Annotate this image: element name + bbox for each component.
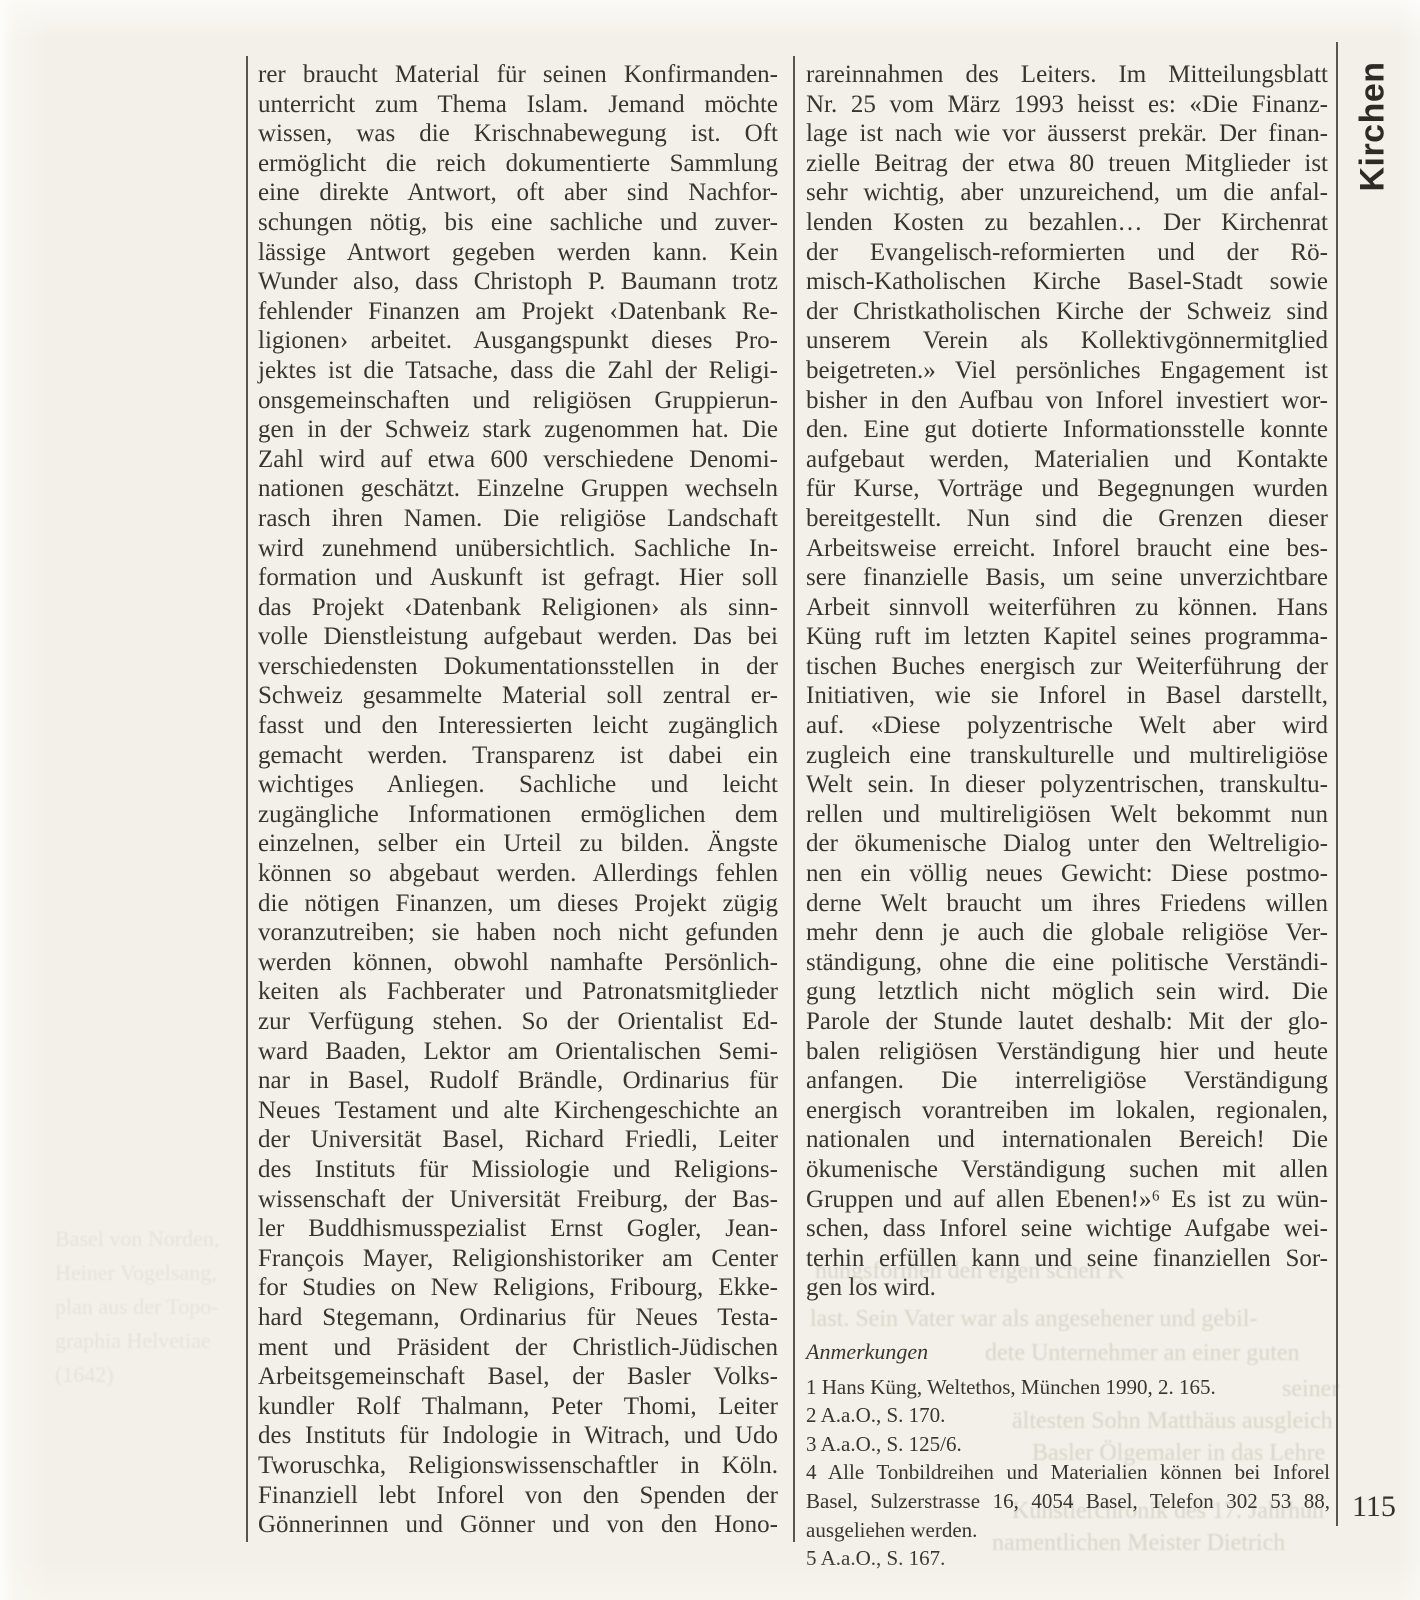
- right-text-column: rareinnahmen des Leiters. Im Mitteilungs…: [806, 60, 1328, 1303]
- text-line: schen, dass Inforel seine wichtige Aufga…: [806, 1214, 1328, 1244]
- text-line: kundler Rolf Thalmann, Peter Thomi, Leit…: [258, 1392, 778, 1422]
- text-line: tischen Buches energisch zur Weiterführu…: [806, 652, 1328, 682]
- text-line: gen los wird.: [806, 1273, 1328, 1303]
- page-number: 115: [1352, 1490, 1396, 1524]
- left-text-column: rer braucht Material für seinen Konfirma…: [258, 60, 778, 1540]
- text-line: können so abgebaut werden. Allerdings fe…: [258, 859, 778, 889]
- right-margin-rule: [1336, 42, 1338, 1526]
- text-line: fehlender Finanzen am Projekt ‹Datenbank…: [258, 297, 778, 327]
- text-line: schungen nötig, bis eine sachliche und z…: [258, 208, 778, 238]
- text-line: Küng ruft im letzten Kapitel seines prog…: [806, 622, 1328, 652]
- text-line: der Universität Basel, Richard Friedli, …: [258, 1125, 778, 1155]
- text-line: lässige Antwort gegeben werden kann. Kei…: [258, 238, 778, 268]
- text-line: rasch ihren Namen. Die religiöse Landsch…: [258, 504, 778, 534]
- text-line: des Instituts für Indologie in Witrach, …: [258, 1421, 778, 1451]
- text-line: 5 A.a.O., S. 167.: [806, 1544, 1330, 1573]
- text-line: derne Welt braucht um ihres Friedens wil…: [806, 889, 1328, 919]
- text-line: unterricht zum Thema Islam. Jemand möcht…: [258, 90, 778, 120]
- text-line: voranzutreiben; sie haben noch nicht gef…: [258, 918, 778, 948]
- text-line: Welt sein. In dieser polyzentrischen, tr…: [806, 770, 1328, 800]
- text-line: der Evangelisch-reformierten und der Rö-: [806, 238, 1328, 268]
- text-line: unserem Verein als Kollektivgönnermitgli…: [806, 326, 1328, 356]
- text-line: zur Verfügung stehen. So der Orientalist…: [258, 1007, 778, 1037]
- bleed-through-text: Basel von Norden,: [55, 1226, 219, 1252]
- text-line: den. Eine gut dotierte Informationsstell…: [806, 415, 1328, 445]
- text-line: auf. «Diese polyzentrische Welt aber wir…: [806, 711, 1328, 741]
- text-line: beigetreten.» Viel persönliches Engageme…: [806, 356, 1328, 386]
- text-line: ligionen› arbeitet. Ausgangspunkt dieses…: [258, 326, 778, 356]
- text-line: lage ist nach wie vor äusserst prekär. D…: [806, 119, 1328, 149]
- text-line: zielle Beitrag der etwa 80 treuen Mitgli…: [806, 149, 1328, 179]
- text-line: rer braucht Material für seinen Konfirma…: [258, 60, 778, 90]
- text-line: Wunder also, dass Christoph P. Baumann t…: [258, 267, 778, 297]
- text-line: nationen geschätzt. Einzelne Gruppen wec…: [258, 474, 778, 504]
- text-line: 3 A.a.O., S. 125/6.: [806, 1430, 1330, 1459]
- text-line: energisch vorantreiben im lokalen, regio…: [806, 1096, 1328, 1126]
- text-line: sere finanzielle Basis, um seine unverzi…: [806, 563, 1328, 593]
- text-line: ermöglicht die reich dokumentierte Samml…: [258, 149, 778, 179]
- text-line: ausgeliehen werden.: [806, 1516, 1330, 1545]
- text-line: Finanziell lebt Inforel von den Spenden …: [258, 1481, 778, 1511]
- text-line: ment und Präsident der Christlich-Jüdisc…: [258, 1333, 778, 1363]
- text-line: hard Stegemann, Ordinarius für Neues Tes…: [258, 1303, 778, 1333]
- text-line: Zahl wird auf etwa 600 verschiedene Deno…: [258, 445, 778, 475]
- text-line: Arbeitsgemeinschaft Basel, der Basler Vo…: [258, 1362, 778, 1392]
- text-line: Arbeit sinnvoll weiterführen zu können. …: [806, 593, 1328, 623]
- text-line: das Projekt ‹Datenbank Religionen› als s…: [258, 593, 778, 623]
- text-line: 2 A.a.O., S. 170.: [806, 1401, 1330, 1430]
- text-line: zugleich eine transkulturelle und multir…: [806, 741, 1328, 771]
- text-line: einzelnen, selber ein Urteil zu bilden. …: [258, 829, 778, 859]
- left-column-rule: [246, 56, 248, 1542]
- text-line: des Instituts für Missiologie und Religi…: [258, 1155, 778, 1185]
- text-line: aufgebaut werden, Materialien und Kontak…: [806, 445, 1328, 475]
- text-line: ökumenische Verständigung suchen mit all…: [806, 1155, 1328, 1185]
- text-line: terhin erfüllen kann und seine finanziel…: [806, 1244, 1328, 1274]
- text-line: die nötigen Finanzen, um dieses Projekt …: [258, 889, 778, 919]
- text-line: 4 Alle Tonbildreihen und Materialien kön…: [806, 1458, 1330, 1487]
- text-line: der Christkatholischen Kirche der Schwei…: [806, 297, 1328, 327]
- text-line: lenden Kosten zu bezahlen… Der Kirchenra…: [806, 208, 1328, 238]
- text-line: Parole der Stunde lautet deshalb: Mit de…: [806, 1007, 1328, 1037]
- text-line: rareinnahmen des Leiters. Im Mitteilungs…: [806, 60, 1328, 90]
- text-line: gung letztlich nicht möglich sein wird. …: [806, 977, 1328, 1007]
- scanned-page: Basel von Norden,Heiner Vogelsang,plan a…: [0, 0, 1420, 1600]
- text-line: Tworuschka, Religionswissenschaftler in …: [258, 1451, 778, 1481]
- text-line: jektes ist die Tatsache, dass die Zahl d…: [258, 356, 778, 386]
- bleed-through-text: Heiner Vogelsang,: [55, 1260, 217, 1286]
- text-line: 1 Hans Küng, Weltethos, München 1990, 2.…: [806, 1373, 1330, 1402]
- text-line: verschiedensten Dokumentationsstellen in…: [258, 652, 778, 682]
- footnotes-list: 1 Hans Küng, Weltethos, München 1990, 2.…: [806, 1373, 1330, 1573]
- text-line: bisher in den Aufbau von Inforel investi…: [806, 386, 1328, 416]
- text-line: ward Baaden, Lektor am Orientalischen Se…: [258, 1037, 778, 1067]
- text-line: Nr. 25 vom März 1993 heisst es: «Die Fin…: [806, 90, 1328, 120]
- text-line: Schweiz gesammelte Material soll zentral…: [258, 681, 778, 711]
- bleed-through-text: (1642): [55, 1362, 114, 1388]
- text-line: gemacht werden. Transparenz ist dabei ei…: [258, 741, 778, 771]
- text-line: ständigung, ohne die eine politische Ver…: [806, 948, 1328, 978]
- text-line: fasst und den Interessierten leicht zugä…: [258, 711, 778, 741]
- text-line: wird zunehmend unübersichtlich. Sachlich…: [258, 534, 778, 564]
- text-line: balen religiösen Verständigung hier und …: [806, 1037, 1328, 1067]
- text-line: nen ein völlig neues Gewicht: Diese post…: [806, 859, 1328, 889]
- bleed-through-text: graphia Helvetiae: [55, 1328, 211, 1354]
- text-line: der ökumenische Dialog unter den Weltrel…: [806, 829, 1328, 859]
- text-line: zugängliche Informationen ermöglichen de…: [258, 800, 778, 830]
- text-line: Gruppen und auf allen Ebenen!»⁶ Es ist z…: [806, 1185, 1328, 1215]
- text-line: nar in Basel, Rudolf Brändle, Ordinarius…: [258, 1066, 778, 1096]
- text-line: for Studies on New Religions, Fribourg, …: [258, 1273, 778, 1303]
- footnotes-heading: Anmerkungen: [806, 1338, 1330, 1367]
- text-line: Neues Testament und alte Kirchengeschich…: [258, 1096, 778, 1126]
- text-line: Initiativen, wie sie Inforel in Basel da…: [806, 681, 1328, 711]
- text-line: ler Buddhismusspezialist Ernst Gogler, J…: [258, 1214, 778, 1244]
- text-line: werden können, obwohl namhafte Persönlic…: [258, 948, 778, 978]
- text-line: misch-Katholischen Kirche Basel-Stadt so…: [806, 267, 1328, 297]
- section-label: Kirchen: [1338, 56, 1408, 196]
- bleed-through-text: plan aus der Topo-: [55, 1294, 219, 1320]
- center-column-rule: [793, 56, 795, 1542]
- text-line: für Kurse, Vorträge und Begegnungen wurd…: [806, 474, 1328, 504]
- text-line: mehr denn je auch die globale religiöse …: [806, 918, 1328, 948]
- text-line: wissenschaft der Universität Freiburg, d…: [258, 1185, 778, 1215]
- text-line: gen in der Schweiz stark zugenommen hat.…: [258, 415, 778, 445]
- text-line: François Mayer, Religionshistoriker am C…: [258, 1244, 778, 1274]
- text-line: wissen, was die Krischnabewegung ist. Of…: [258, 119, 778, 149]
- text-line: eine direkte Antwort, oft aber sind Nach…: [258, 178, 778, 208]
- text-line: wichtiges Anliegen. Sachliche und leicht: [258, 770, 778, 800]
- text-line: Arbeitsweise erreicht. Inforel braucht e…: [806, 534, 1328, 564]
- text-line: formation und Auskunft ist gefragt. Hier…: [258, 563, 778, 593]
- text-line: Gönnerinnen und Gönner und von den Hono-: [258, 1510, 778, 1540]
- footnotes-block: Anmerkungen 1 Hans Küng, Weltethos, Münc…: [806, 1338, 1330, 1573]
- text-line: Basel, Sulzerstrasse 16, 4054 Basel, Tel…: [806, 1487, 1330, 1516]
- text-line: keiten als Fachberater und Patronatsmitg…: [258, 977, 778, 1007]
- text-line: nationalen und internationalen Bereich! …: [806, 1125, 1328, 1155]
- text-line: onsgemeinschaften und religiösen Gruppie…: [258, 386, 778, 416]
- section-label-text: Kirchen: [1354, 61, 1393, 191]
- text-line: bereitgestellt. Nun sind die Grenzen die…: [806, 504, 1328, 534]
- text-line: sehr wichtig, aber unzureichend, um die …: [806, 178, 1328, 208]
- text-line: rellen und multireligiösen Welt bekommt …: [806, 800, 1328, 830]
- text-line: volle Dienstleistung aufgebaut werden. D…: [258, 622, 778, 652]
- text-line: anfangen. Die interreligiöse Verständigu…: [806, 1066, 1328, 1096]
- bleed-through-text: last. Sein Vater war als angesehener und…: [810, 1306, 1257, 1333]
